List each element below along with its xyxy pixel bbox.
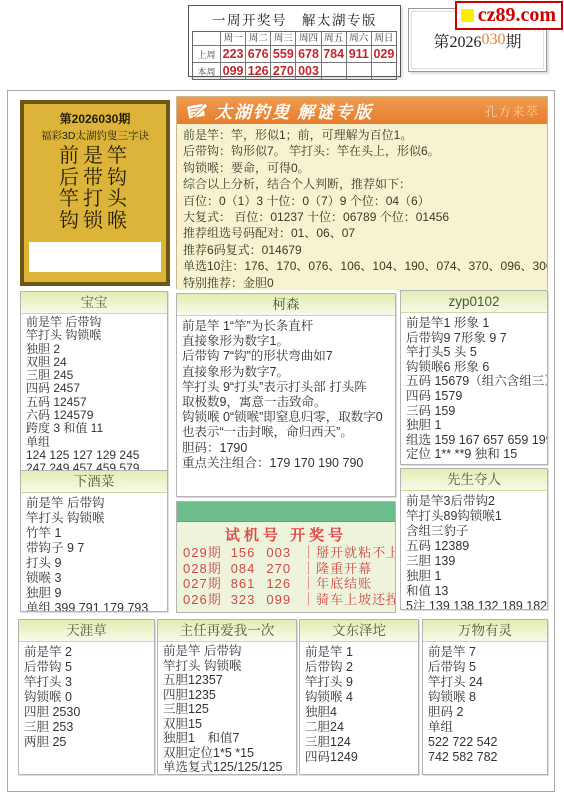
panel-line: 前是竿 后带钩 — [163, 644, 291, 659]
test-number-cell: 861 — [231, 576, 256, 591]
panel-title: 主任再爱我一次 — [158, 620, 296, 642]
row-label: 上周 — [193, 46, 221, 62]
panel-line: 双胆定位1*5 *15 — [163, 746, 291, 761]
panel-line: 带钩子 9 7 — [26, 541, 162, 556]
panel-line: 和值 13 — [406, 584, 542, 599]
panel-line: 定位 1** **9 独和 15 — [406, 447, 542, 462]
panel-line: 前是竿 2 — [24, 645, 149, 660]
draw-number-cells: 223676559678784911029 — [221, 46, 396, 62]
panel-line: 双胆15 — [163, 717, 291, 732]
verse-line: 前是竿 — [24, 146, 166, 168]
weekly-title: 一周开奖号 解太湖专版 — [189, 6, 400, 31]
panel-line: 双胆 24 — [26, 356, 162, 369]
panel-title: 文东泽坨 — [300, 620, 418, 642]
separator: ｜ — [302, 576, 316, 591]
taihu-analysis-panel: 太湖钓叟 解谜专版 孔方来萃 前是竿：竿，形似1；前，可理解为百位1。后带钩：钩… — [176, 96, 548, 289]
day-header-cells: 周一周二周三周四周五周六周日 — [221, 32, 396, 45]
panel-xiansheng-duoren: 先生夺人 前是竿3后带钩2竿打头89钩锁喉1含组三豹子五码 12389三胆 13… — [400, 468, 548, 610]
panel-tianyacao: 天涯草 前是竿 2后带钩 5竿打头 3钩锁喉 0四胆 2530三胆 253两胆 … — [18, 619, 155, 775]
panel-line: 直接象形为数字7。 — [182, 365, 390, 380]
panel-line: 三胆 139 — [406, 554, 542, 569]
logo-square-icon — [461, 9, 474, 22]
note-cell: 隆重开幕 — [316, 561, 372, 576]
logo-text: cz89.com — [478, 4, 556, 27]
test-number-cell: 323 — [231, 592, 256, 607]
separator: ｜ — [302, 545, 316, 560]
panel-line: 前是竿3后带钩2 — [406, 494, 542, 509]
panel-title: 天涯草 — [19, 620, 154, 642]
test-draw-rows: 029期156003｜掰开就粘不上 028期084270｜隆重开幕 027期86… — [177, 545, 395, 607]
panel-line: 取极数9，寓意一击致命。 — [182, 395, 390, 410]
panel-line: 三胆124 — [305, 735, 413, 750]
period-cell: 029期 — [183, 545, 222, 560]
test-draw-row: 028期084270｜隆重开幕 — [177, 561, 395, 577]
panel-line: 独胆 1 — [406, 569, 542, 584]
panel-line: 后带钩 2 — [305, 660, 413, 675]
draw-number-cell: 270 — [266, 561, 291, 576]
day-header-cell: 周六 — [347, 32, 372, 45]
draw-number-cell — [372, 63, 396, 79]
panel-line: 竿打头 9 — [305, 675, 413, 690]
panel-line: 独胆1 和值7 — [163, 731, 291, 746]
panel-line: 重点关注组合：179 170 190 790 — [182, 456, 390, 471]
analysis-line: 推荐6码复式：014679 — [183, 242, 541, 258]
panel-line: 三胆 253 — [24, 720, 149, 735]
panel-title: 万物有灵 — [423, 620, 547, 642]
day-header-cell: 周五 — [322, 32, 347, 45]
period-cell: 028期 — [183, 561, 222, 576]
analysis-line: 后带钩：钩形似7。 竿打头：竿在头上，形似6。 — [183, 143, 541, 159]
panel-line: 三胆125 — [163, 702, 291, 717]
verse-lines: 前是竿后带钩竿打头钩锁喉 — [24, 146, 166, 232]
panel-line: 竿打头 9“打头”表示打头部 打头阵 — [182, 380, 390, 395]
analysis-line: 大复式： 百位：01237 十位：06789 个位：01456 — [183, 209, 541, 225]
draw-number-cell — [347, 63, 372, 79]
draw-number-cell: 559 — [271, 46, 296, 62]
day-header-cell: 周四 — [296, 32, 321, 45]
weekly-table: 周一周二周三周四周五周六周日 上周 223676559678784911029 … — [192, 31, 397, 80]
note-cell: 掰开就粘不上 — [316, 545, 396, 560]
test-draw-row: 027期861126｜年底结账 — [177, 576, 395, 592]
row-label: 本周 — [193, 63, 221, 79]
panel-line: 四胆 2530 — [24, 705, 149, 720]
panel-line: 124 125 127 129 245 — [26, 449, 162, 462]
panel-line: 五码 15679（组六含组三） — [406, 374, 542, 389]
panel-baobao: 宝宝 前是竿 后带钩竿打头 钩锁喉独胆 2双胆 24三胆 245四码 2457五… — [20, 291, 168, 473]
panel-line: 两胆 25 — [24, 735, 149, 750]
panel-body: 前是竿3后带钩2竿打头89钩锁喉1含组三豹子五码 12389三胆 139独胆 1… — [401, 491, 547, 610]
period-cell: 026期 — [183, 592, 222, 607]
panel-line: 胆码 2 — [428, 705, 542, 720]
draw-number-cell: 029 — [372, 46, 396, 62]
page: 一周开奖号 解太湖专版 周一周二周三周四周五周六周日 上周 2236765596… — [0, 0, 564, 812]
panel-line: 打头 9 — [26, 556, 162, 571]
panel-line: 竿打头 钩锁喉 — [163, 659, 291, 674]
panel-line: 后带钩 5 — [24, 660, 149, 675]
issue-prefix: 第2026 — [433, 29, 481, 52]
panel-line: 独胆 1 — [406, 418, 542, 433]
notepad-pen-icon — [185, 101, 209, 121]
panel-line: 前是竿 1“竿”为长条直杆 — [182, 319, 390, 334]
period-cell: 027期 — [183, 576, 222, 591]
test-number-cell: 156 — [231, 545, 256, 560]
panel-line: 独胆 2 — [26, 343, 162, 356]
analysis-line: 单选10注：176、170、076、106、104、190、074、370、09… — [183, 258, 541, 274]
panel-line: 竿打头5 头 5 — [406, 345, 542, 360]
draw-number-cell: 270 — [271, 63, 296, 79]
panel-line: 前是竿 7 — [428, 645, 542, 660]
panel-title: 下酒菜 — [21, 471, 167, 493]
draw-number-cell: 126 — [246, 63, 271, 79]
panel-line: 三码 159 — [406, 404, 542, 419]
panel-line: 单组 399 791 179 793 — [26, 601, 162, 612]
panel-body: 前是竿 1“竿”为长条直杆直接象形为数字1。后带钩 7“钩”的形状弯曲如7直接象… — [177, 316, 395, 474]
day-header-cell: 周日 — [372, 32, 396, 45]
corner-cell — [193, 32, 221, 45]
panel-line: 胆码：1790 — [182, 441, 390, 456]
panel-zyp0102: zyp0102 前是竿1 形象 1后带钩9 7形象 9 7竿打头5 头 5钩锁喉… — [400, 290, 548, 465]
panel-xiajiucai: 下酒菜 前是竿 后带钩竿打头 钩锁喉竹竿 1带钩子 9 7打头 9锁喉 3独胆 … — [20, 470, 168, 612]
panel-body: 前是竿 后带钩竿打头 钩锁喉竹竿 1带钩子 9 7打头 9锁喉 3独胆 9单组 … — [21, 493, 167, 612]
table-header-row: 周一周二周三周四周五周六周日 — [193, 32, 396, 45]
panel-line: 竿打头89钩锁喉1 — [406, 509, 542, 524]
panel-line: 直接象形为数字1。 — [182, 334, 390, 349]
panel-line: 独胆4 — [305, 705, 413, 720]
analysis-line: 特别推荐：金胆0 — [183, 275, 541, 290]
test-draw-row: 029期156003｜掰开就粘不上 — [177, 545, 395, 561]
panel-body: 前是竿 后带钩竿打头 钩锁喉独胆 2双胆 24三胆 245四码 2457五码 1… — [21, 314, 167, 473]
separator: ｜ — [302, 561, 316, 576]
panel-line: 五码 12457 — [26, 396, 162, 409]
analysis-line: 百位：0（1）3 十位：0（7）9 个位：04（6） — [183, 193, 541, 209]
panel-zhuren: 主任再爱我一次 前是竿 后带钩竿打头 钩锁喉五胆12357四胆1235三胆125… — [157, 619, 297, 775]
panel-title: zyp0102 — [401, 291, 547, 313]
analysis-line: 综合以上分析，结合个人判断，推荐如下： — [183, 176, 541, 192]
panel-line: 钩锁喉 4 — [305, 690, 413, 705]
verse-issue: 第2026030期 — [24, 110, 166, 127]
panel-line: 四码1249 — [305, 750, 413, 765]
panel-line: 独胆 9 — [26, 586, 162, 601]
panel-line: 前是竿1 形象 1 — [406, 316, 542, 331]
panel-title: 先生夺人 — [401, 469, 547, 491]
draw-number-cell: 099 — [266, 592, 291, 607]
draw-number-cell: 676 — [246, 46, 271, 62]
panel-line: 竿打头 24 — [428, 675, 542, 690]
panel-line: 钩锁喉6 形象 6 — [406, 360, 542, 375]
panel-line: 四码 1579 — [406, 389, 542, 404]
panel-line: 五胆12357 — [163, 673, 291, 688]
panel-wanwu: 万物有灵 前是竿 7后带钩 5竿打头 24钩锁喉 8胆码 2单组522 722 … — [422, 619, 548, 775]
panel-line: 后带钩9 7形象 9 7 — [406, 331, 542, 346]
verse-line: 竿打头 — [24, 189, 166, 211]
panel-body: 前是竿 2后带钩 5竿打头 3钩锁喉 0四胆 2530三胆 253两胆 25 — [19, 642, 154, 753]
panel-line: 竿打头 钩锁喉 — [26, 329, 162, 342]
panel-body: 前是竿 1后带钩 2竿打头 9钩锁喉 4独胆4二胆24三胆124四码1249 — [300, 642, 418, 768]
analysis-line: 前是竿：竿，形似1；前，可理解为百位1。 — [183, 127, 541, 143]
panel-line: 锁喉 3 — [26, 571, 162, 586]
draw-number-cell: 784 — [322, 46, 347, 62]
test-draw-title: 试机号 开奖号 — [177, 524, 395, 545]
note-cell: 年底结账 — [316, 576, 372, 591]
table-row: 本周 099126270003 — [193, 62, 396, 79]
panel-line: 522 722 542 — [428, 735, 542, 750]
separator: ｜ — [302, 592, 316, 607]
draw-number-cell: 911 — [347, 46, 372, 62]
analysis-header: 太湖钓叟 解谜专版 孔方来萃 — [177, 97, 547, 124]
panel-line: 钩锁喉 0“锁喉”即窒息归零，取数字0 — [182, 410, 390, 425]
draw-number-cells: 099126270003 — [221, 63, 396, 79]
site-logo[interactable]: cz89.com — [455, 1, 563, 30]
panel-line: 竿打头 钩锁喉 — [26, 511, 162, 526]
verse-line: 后带钩 — [24, 168, 166, 190]
panel-line: 四码 2457 — [26, 382, 162, 395]
issue-highlight: 030 — [482, 31, 506, 49]
blank-box — [29, 242, 161, 272]
panel-line: 单组 — [428, 720, 542, 735]
panel-line: 后带钩 7“钩”的形状弯曲如7 — [182, 349, 390, 364]
panel-title: 柯森 — [177, 294, 395, 316]
panel-line: 钩锁喉 0 — [24, 690, 149, 705]
verse-panel: 第2026030期 福彩3D太湖钓叟三字诀 前是竿后带钩竿打头钩锁喉 — [20, 100, 170, 286]
verse-subtitle: 福彩3D太湖钓叟三字诀 — [24, 128, 166, 143]
analysis-title: 太湖钓叟 解谜专版 — [215, 98, 479, 123]
analysis-line: 钩锁喉：要命，可得0。 — [183, 160, 541, 176]
panel-line: 单选复式125/125/125 — [163, 760, 291, 775]
panel-body: 前是竿1 形象 1后带钩9 7形象 9 7竿打头5 头 5钩锁喉6 形象 6五码… — [401, 313, 547, 465]
analysis-byline: 孔方来萃 — [485, 102, 539, 120]
verse-line: 钩锁喉 — [24, 211, 166, 233]
panel-line: 含组三豹子 — [406, 524, 542, 539]
note-cell: 骑车上坡还捏闸 — [316, 592, 396, 607]
panel-line: 前是竿 后带钩 — [26, 496, 162, 511]
draw-number-cell: 223 — [221, 46, 246, 62]
draw-number-cell: 678 — [296, 46, 321, 62]
panel-line: 竿打头 3 — [24, 675, 149, 690]
panel-line: 后带钩 5 — [428, 660, 542, 675]
day-header-cell: 周三 — [271, 32, 296, 45]
draw-number-cell: 003 — [296, 63, 321, 79]
weekly-numbers-box: 一周开奖号 解太湖专版 周一周二周三周四周五周六周日 上周 2236765596… — [188, 5, 401, 77]
panel-line: 单组 — [26, 436, 162, 449]
test-draw-row: 026期323099｜骑车上坡还捏闸 — [177, 592, 395, 608]
panel-line: 742 582 782 — [428, 750, 542, 765]
day-header-cell: 周二 — [246, 32, 271, 45]
panel-line: 竹竿 1 — [26, 526, 162, 541]
panel-line: 前是竿 1 — [305, 645, 413, 660]
draw-number-cell — [322, 63, 347, 79]
day-header-cell: 周一 — [221, 32, 246, 45]
panel-body: 前是竿 后带钩竿打头 钩锁喉五胆12357四胆1235三胆125双胆15独胆1 … — [158, 642, 296, 775]
analysis-body: 前是竿：竿，形似1；前，可理解为百位1。后带钩：钩形似7。 竿打头：竿在头上，形… — [177, 124, 547, 290]
panel-line: 跨度 3 和值 11 — [26, 422, 162, 435]
panel-line: 5注 139 138 132 189 182 — [406, 599, 542, 610]
panel-wendong: 文东泽坨 前是竿 1后带钩 2竿打头 9钩锁喉 4独胆4二胆24三胆124四码1… — [299, 619, 419, 775]
panel-line: 组选 159 167 657 659 199 — [406, 433, 542, 448]
test-number-cell: 084 — [231, 561, 256, 576]
panel-kesen: 柯森 前是竿 1“竿”为长条直杆直接象形为数字1。后带钩 7“钩”的形状弯曲如7… — [176, 293, 396, 497]
analysis-line: 推荐组选号码配对：01、06、07 — [183, 225, 541, 241]
panel-line: 三胆 245 — [26, 369, 162, 382]
green-bar — [177, 502, 395, 522]
draw-number-cell: 099 — [221, 63, 246, 79]
panel-line: 五码 12389 — [406, 539, 542, 554]
panel-line: 也表示“一击封喉，命归西天”。 — [182, 425, 390, 440]
panel-title: 宝宝 — [21, 292, 167, 314]
draw-number-cell: 126 — [266, 576, 291, 591]
panel-line: 钩锁喉 8 — [428, 690, 542, 705]
issue-suffix: 期 — [506, 29, 522, 52]
test-draw-panel: 试机号 开奖号 029期156003｜掰开就粘不上 028期084270｜隆重开… — [176, 501, 396, 613]
panel-body: 前是竿 7后带钩 5竿打头 24钩锁喉 8胆码 2单组522 722 54274… — [423, 642, 547, 768]
draw-number-cell: 003 — [266, 545, 291, 560]
panel-line: 二胆24 — [305, 720, 413, 735]
table-row: 上周 223676559678784911029 — [193, 45, 396, 62]
panel-line: 四胆1235 — [163, 688, 291, 703]
